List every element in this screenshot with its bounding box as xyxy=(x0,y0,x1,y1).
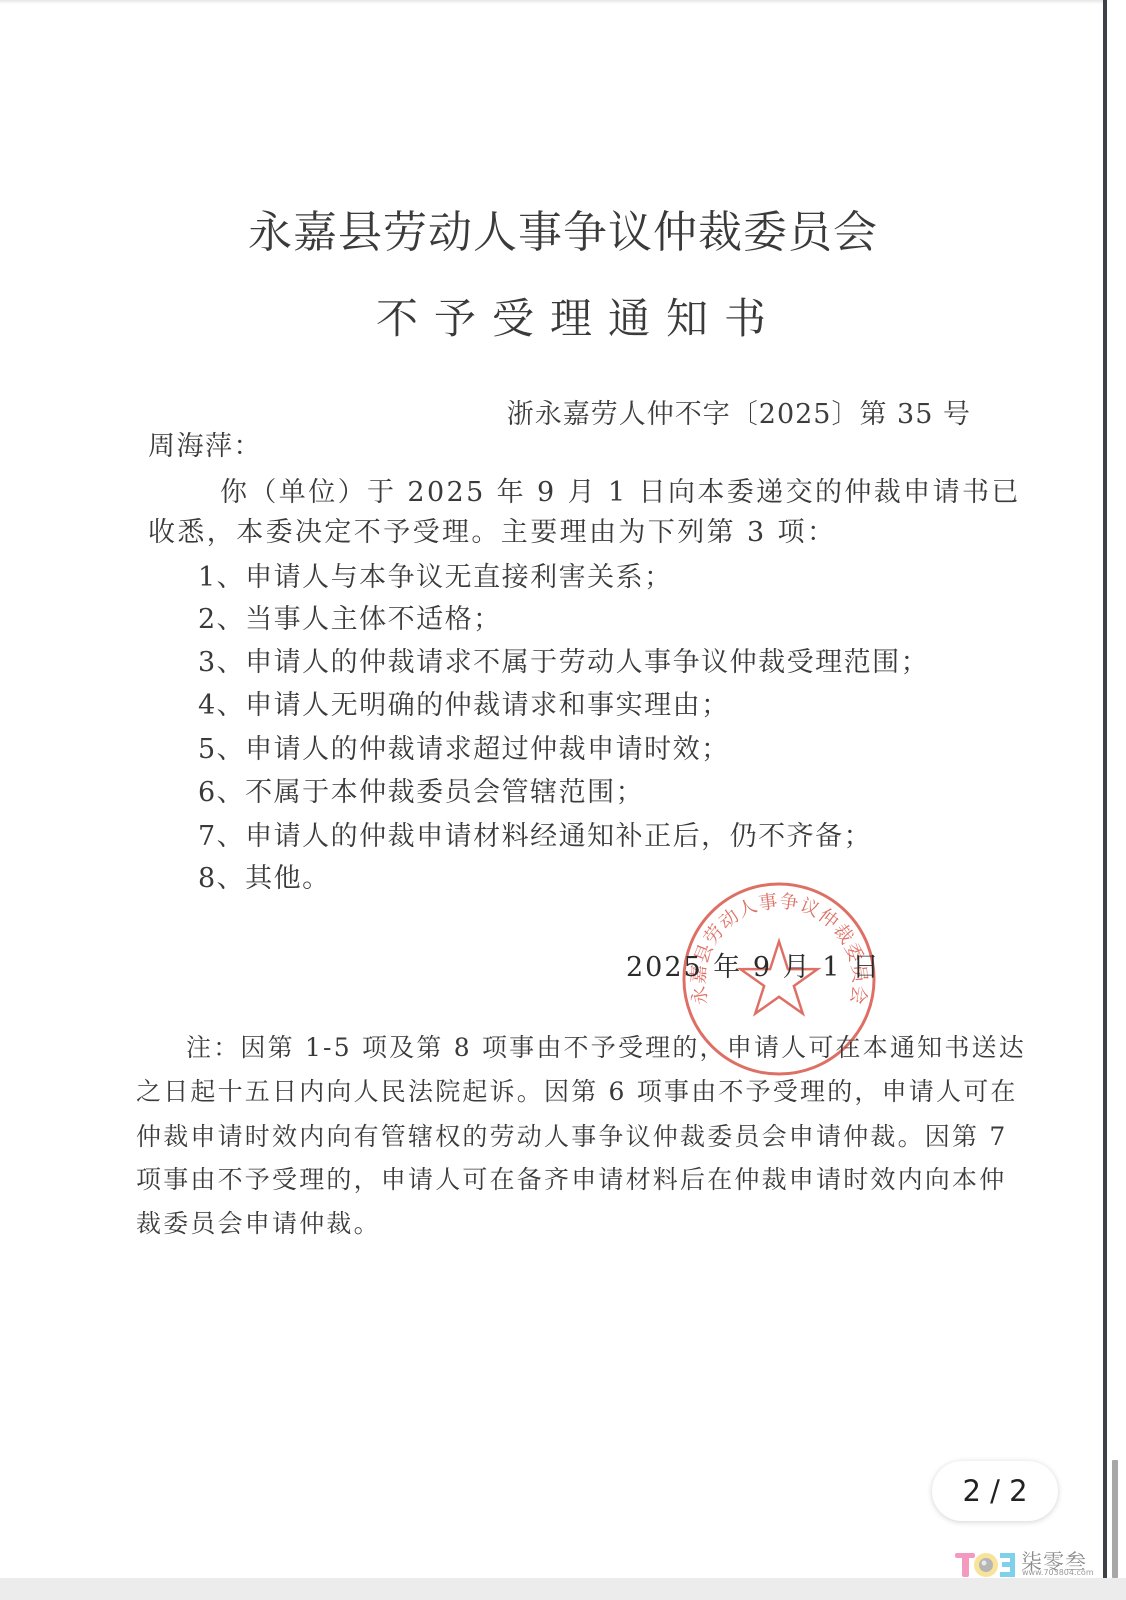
scan-edge xyxy=(0,0,1103,4)
body-paragraph-line: 收悉，本委决定不予受理。主要理由为下列第 3 项： xyxy=(148,510,836,549)
viewer-gutter xyxy=(1107,0,1126,1578)
list-item: 3、申请人的仲裁请求不属于劳动人事争议仲裁受理范围； xyxy=(198,640,929,679)
watermark-url: www.703804.com xyxy=(1022,1568,1094,1577)
list-item: 8、其他。 xyxy=(198,856,331,895)
document-title: 不予受理通知书 xyxy=(0,286,1126,346)
note-line: 之日起十五日内向人民法院起诉。因第 6 项事由不予受理的，申请人可在 xyxy=(136,1072,1018,1108)
list-item: 7、申请人的仲裁申请材料经通知补正后，仍不齐备； xyxy=(198,814,872,853)
list-item: 4、申请人无明确的仲裁请求和事实理由； xyxy=(198,683,730,722)
document-number: 浙永嘉劳人仲不字〔2025〕第 35 号 xyxy=(507,392,971,431)
list-item: 1、申请人与本争议无直接利害关系； xyxy=(198,555,673,594)
scrollbar-thumb[interactable] xyxy=(1112,1460,1118,1578)
page-indicator-label: 2 / 2 xyxy=(962,1474,1027,1508)
list-item: 5、申请人的仲裁请求超过仲裁申请时效； xyxy=(198,727,730,766)
body-paragraph-line: 你（单位）于 2025 年 9 月 1 日向本委递交的仲裁申请书已 xyxy=(220,470,1021,509)
recipient-name: 周海萍： xyxy=(148,424,262,463)
list-item: 2、当事人主体不适格； xyxy=(198,597,502,636)
brand-logo-icon xyxy=(955,1550,1019,1578)
issue-date: 2025 年 9 月 1 日 xyxy=(626,945,881,984)
document-title-issuer: 永嘉县劳动人事争议仲裁委员会 xyxy=(0,196,1126,260)
note-line: 项事由不予受理的，申请人可在备齐申请材料后在仲裁申请时效内向本仲 xyxy=(136,1160,1006,1196)
document-page: 永嘉县劳动人事争议仲裁委员会 不予受理通知书 浙永嘉劳人仲不字〔2025〕第 3… xyxy=(0,0,1103,1578)
page-indicator: 2 / 2 xyxy=(932,1461,1058,1521)
viewer-bottom-bar xyxy=(0,1578,1126,1600)
watermark: 柒零叁 www.703804.com xyxy=(955,1550,1105,1578)
note-line: 注：因第 1-5 项及第 8 项事由不予受理的，申请人可在本通知书送达 xyxy=(186,1028,1026,1064)
list-item: 6、不属于本仲裁委员会管辖范围； xyxy=(198,770,644,809)
note-line: 裁委员会申请仲裁。 xyxy=(136,1204,381,1240)
note-line: 仲裁申请时效内向有管辖权的劳动人事争议仲裁委员会申请仲裁。因第 7 xyxy=(136,1117,1007,1153)
